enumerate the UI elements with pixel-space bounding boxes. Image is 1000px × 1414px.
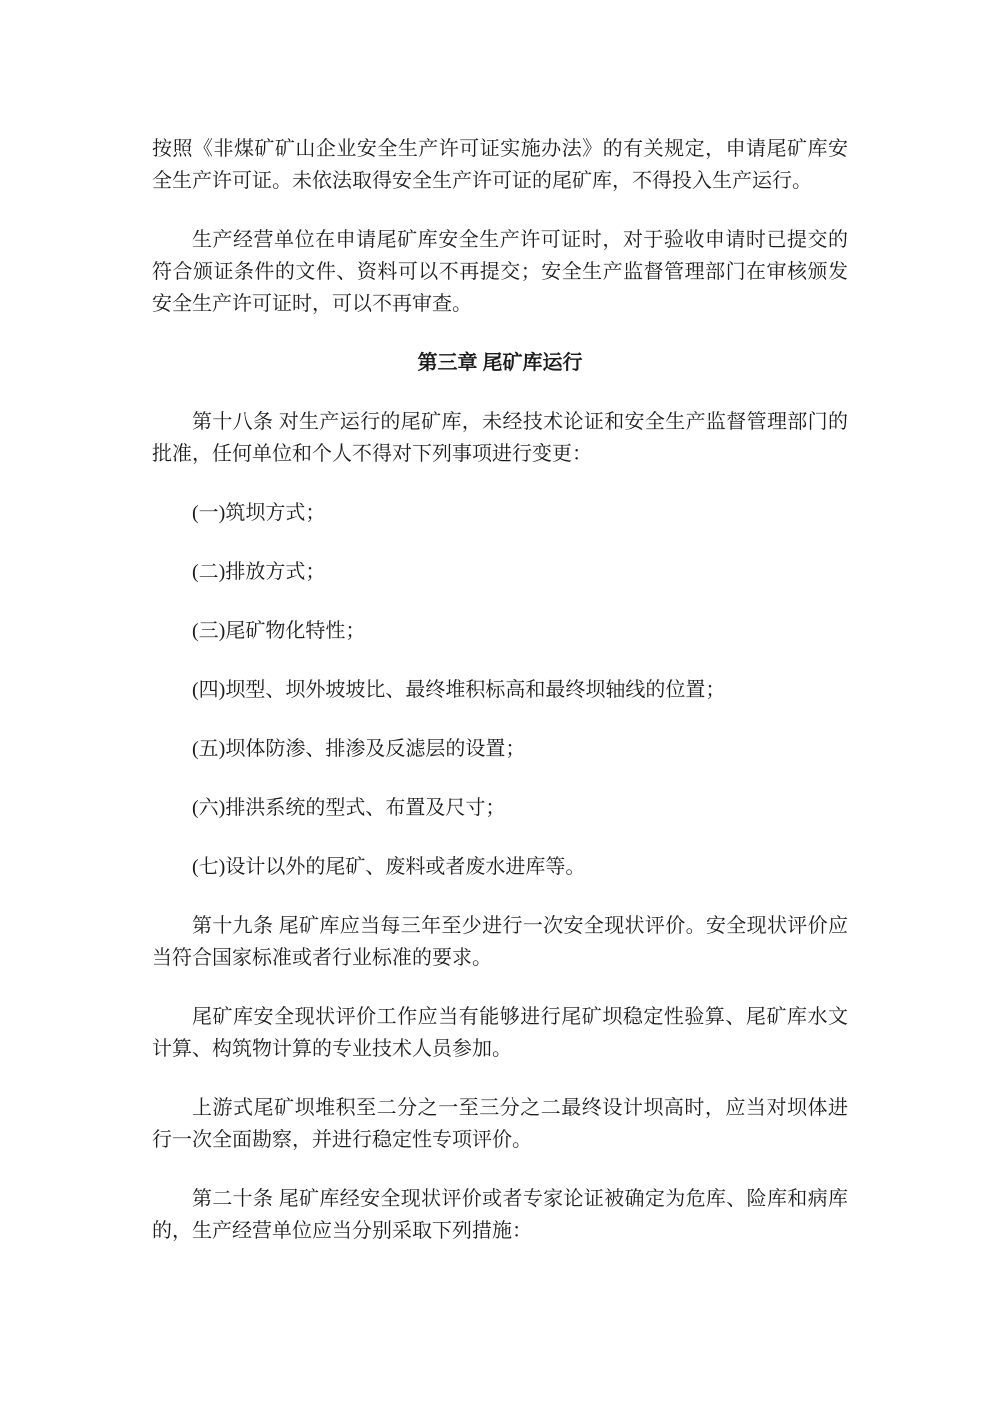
- article-18-item-4: (四)坝型、坝外坡坡比、最终堆积标高和最终坝轴线的位置；: [152, 674, 848, 706]
- article-19-paragraph-3: 上游式尾矿坝堆积至二分之一至三分之二最终设计坝高时，应当对坝体进行一次全面勘察，…: [152, 1092, 848, 1156]
- article-18-item-7: (七)设计以外的尾矿、废料或者废水进库等。: [152, 851, 848, 883]
- article-18-item-1: (一)筑坝方式；: [152, 497, 848, 529]
- article-19-paragraph-2: 尾矿库安全现状评价工作应当有能够进行尾矿坝稳定性验算、尾矿库水文计算、构筑物计算…: [152, 1001, 848, 1065]
- article-18-item-6: (六)排洪系统的型式、布置及尺寸；: [152, 792, 848, 824]
- chapter-heading: 第三章 尾矿库运行: [152, 347, 848, 379]
- document-page: 按照《非煤矿矿山企业安全生产许可证实施办法》的有关规定，申请尾矿库安全生产许可证…: [0, 0, 1000, 1414]
- paragraph: 生产经营单位在申请尾矿库安全生产许可证时，对于验收申请时已提交的符合颁证条件的文…: [152, 224, 848, 320]
- article-19-paragraph-1: 第十九条 尾矿库应当每三年至少进行一次安全现状评价。安全现状评价应当符合国家标准…: [152, 910, 848, 974]
- article-20-lead: 第二十条 尾矿库经安全现状评价或者专家论证被确定为危库、险库和病库的，生产经营单…: [152, 1183, 848, 1247]
- article-18-lead: 第十八条 对生产运行的尾矿库，未经技术论证和安全生产监督管理部门的批准，任何单位…: [152, 406, 848, 470]
- article-18-item-2: (二)排放方式；: [152, 556, 848, 588]
- article-18-item-5: (五)坝体防渗、排渗及反滤层的设置；: [152, 733, 848, 765]
- paragraph-continuation: 按照《非煤矿矿山企业安全生产许可证实施办法》的有关规定，申请尾矿库安全生产许可证…: [152, 133, 848, 197]
- article-18-item-3: (三)尾矿物化特性；: [152, 615, 848, 647]
